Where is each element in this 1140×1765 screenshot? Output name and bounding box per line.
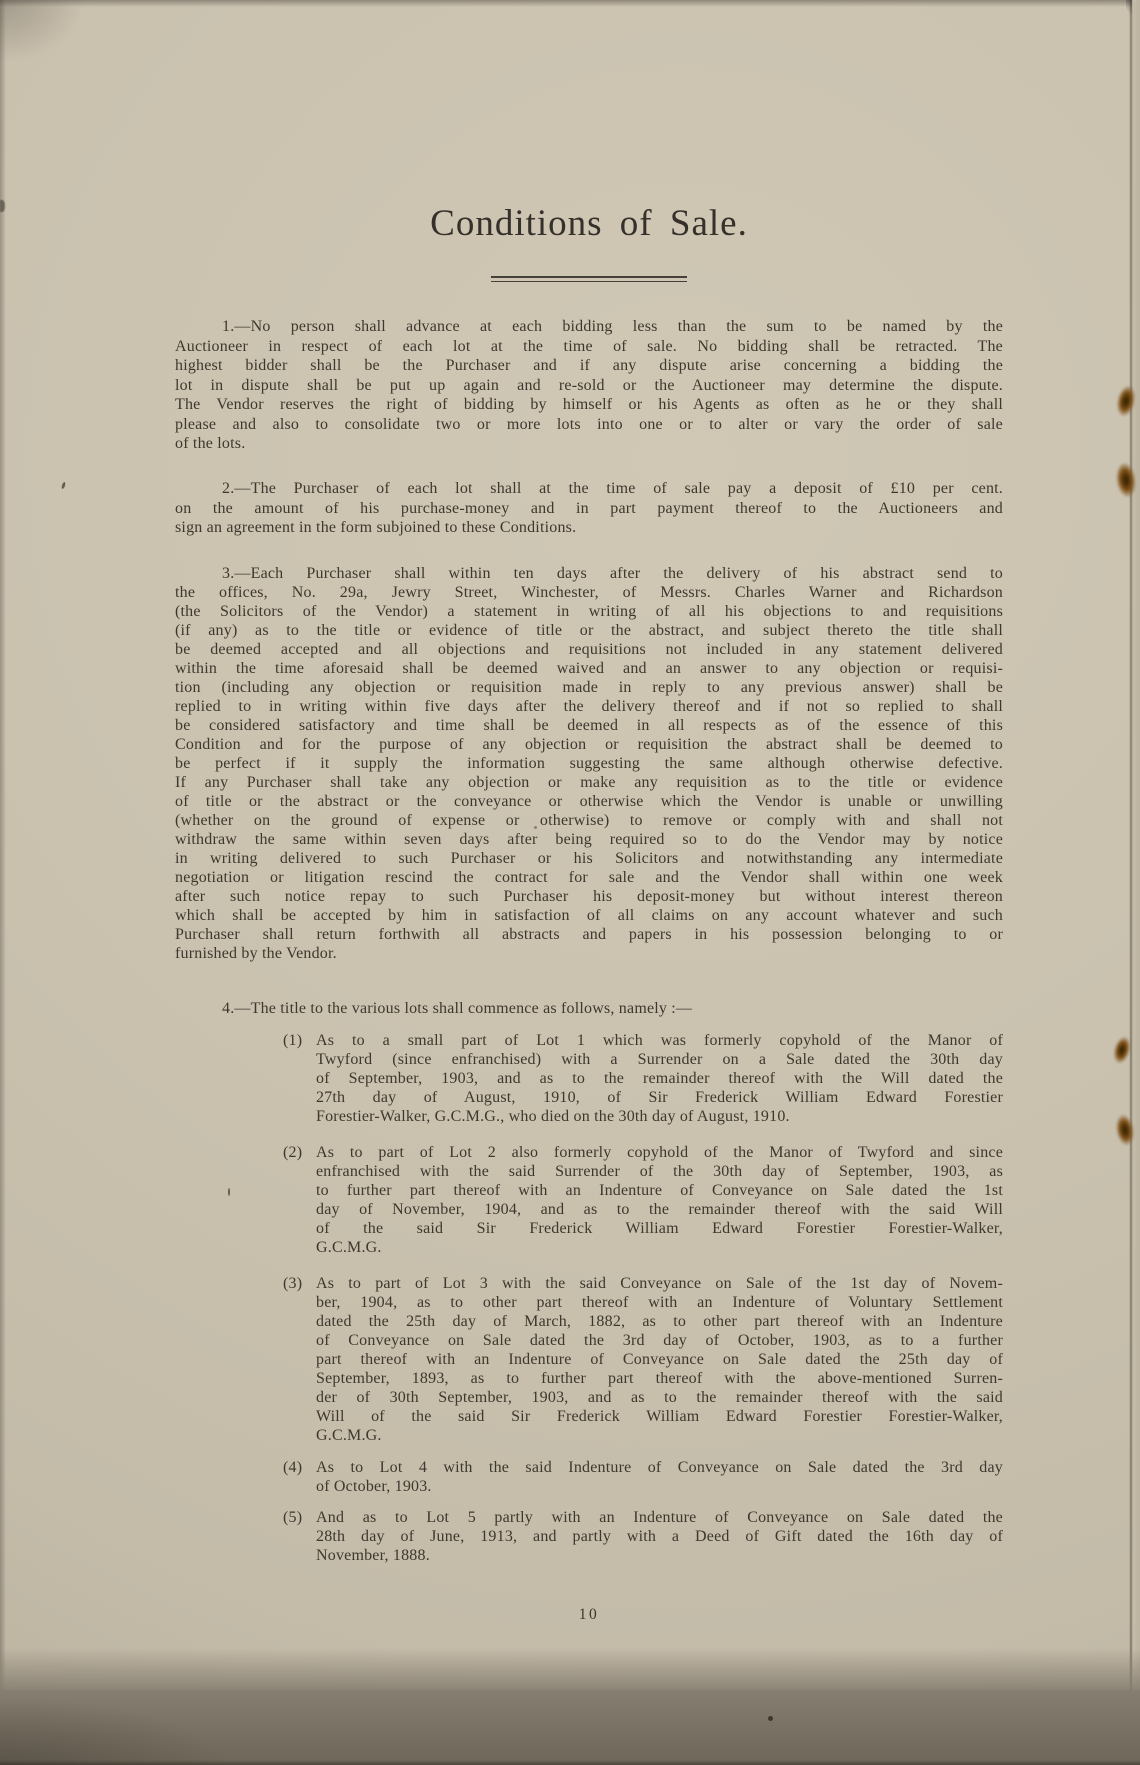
text-line: Twyford (since enfranchised) with a Surr… (316, 1050, 1003, 1069)
text-line: withdraw the same within seven days afte… (175, 830, 1003, 849)
page-content: Conditions of Sale. 1.—No person shall a… (175, 0, 1003, 1765)
clause-4-heading: 4.—The title to the various lots shall c… (175, 999, 1003, 1018)
text-line: November, 1888. (316, 1546, 1003, 1565)
text-line: after such notice repay to such Purchase… (175, 887, 1003, 906)
text-line: to further part thereof with an Indentur… (316, 1181, 1003, 1200)
text-line: be perfect if it supply the information … (175, 754, 1003, 773)
text-line: be deemed accepted and all objections an… (175, 640, 1003, 659)
text-line: on the amount of his purchase-money and … (175, 499, 1003, 519)
text-line: 28th day of June, 1913, and partly with … (316, 1527, 1003, 1546)
text-line: lot in dispute shall be put up again and… (175, 376, 1003, 396)
text-line: sign an agreement in the form subjoined … (175, 518, 1003, 538)
clause-3-paragraph: 3.—Each Purchaser shall within ten days … (175, 564, 1003, 963)
item-marker: (4) (283, 1458, 313, 1477)
text-line: tion (including any objection or requisi… (175, 678, 1003, 697)
item-marker: (2) (283, 1143, 313, 1162)
text-line: 3.—Each Purchaser shall within ten days … (175, 564, 1003, 583)
item-text: As to part of Lot 2 also formerly copyho… (316, 1143, 1003, 1257)
text-line: highest bidder shall be the Purchaser an… (175, 356, 1003, 376)
left-edge-shadow (0, 0, 6, 1765)
item-marker: (3) (283, 1274, 313, 1293)
text-line: 2.—The Purchaser of each lot shall at th… (175, 479, 1003, 499)
clause-2-paragraph: 2.—The Purchaser of each lot shall at th… (175, 479, 1003, 538)
text-line: Forestier-Walker, G.C.M.G., who died on … (316, 1107, 1003, 1126)
text-line: Auctioneer in respect of each lot at the… (175, 337, 1003, 357)
text-line: (if any) as to the title or evidence of … (175, 621, 1003, 640)
item-marker: (1) (283, 1031, 313, 1050)
text-line: day of November, 1904, and as to the rem… (316, 1200, 1003, 1219)
text-line: ber, 1904, as to other part thereof with… (316, 1293, 1003, 1312)
text-line: G.C.M.G. (316, 1426, 1003, 1445)
text-line: replied to in writing within five days a… (175, 697, 1003, 716)
text-line: of the said Sir Frederick William Edward… (316, 1219, 1003, 1238)
item-text: As to Lot 4 with the said Indenture of C… (316, 1458, 1003, 1496)
underlying-page-edge (1132, 0, 1140, 1700)
clause-1-paragraph: 1.—No person shall advance at each biddi… (175, 317, 1003, 454)
text-line: negotiation or litigation rescind the co… (175, 868, 1003, 887)
edge-nick (0, 200, 5, 212)
text-line: the offices, No. 29a, Jewry Street, Winc… (175, 583, 1003, 602)
text-line: If any Purchaser shall take any objectio… (175, 773, 1003, 792)
scanned-page: Conditions of Sale. 1.—No person shall a… (0, 0, 1140, 1765)
text-line: in writing delivered to such Purchaser o… (175, 849, 1003, 868)
text-line: of Conveyance on Sale dated the 3rd day … (316, 1331, 1003, 1350)
page-title: Conditions of Sale. (175, 204, 1003, 244)
text-line: G.C.M.G. (316, 1238, 1003, 1257)
text-line: of October, 1903. (316, 1477, 1003, 1496)
text-line: be considered satisfactory and time shal… (175, 716, 1003, 735)
item-marker: (5) (283, 1508, 313, 1527)
text-line: The Vendor reserves the right of bidding… (175, 395, 1003, 415)
text-line: As to part of Lot 3 with the said Convey… (316, 1274, 1003, 1293)
item-text: As to a small part of Lot 1 which was fo… (316, 1031, 1003, 1126)
text-line: der of 30th September, 1903, and as to t… (316, 1388, 1003, 1407)
text-line: And as to Lot 5 partly with an Indenture… (316, 1508, 1003, 1527)
text-line: of September, 1903, and as to the remain… (316, 1069, 1003, 1088)
text-line: 27th day of August, 1910, of Sir Frederi… (316, 1088, 1003, 1107)
text-line: September, 1893, as to further part ther… (316, 1369, 1003, 1388)
title-double-rule (491, 276, 687, 282)
text-line: please and also to consolidate two or mo… (175, 415, 1003, 435)
text-line: Condition and for the purpose of any obj… (175, 735, 1003, 754)
text-line: of the lots. (175, 434, 1003, 454)
text-line: dated the 25th day of March, 1882, as to… (316, 1312, 1003, 1331)
text-line: within the time aforesaid shall be deeme… (175, 659, 1003, 678)
page-edge-line (1130, 0, 1132, 1700)
text-line: As to part of Lot 2 also formerly copyho… (316, 1143, 1003, 1162)
text-line: furnished by the Vendor. (175, 944, 1003, 963)
item-text: And as to Lot 5 partly with an Indenture… (316, 1508, 1003, 1565)
text-line: enfranchised with the said Surrender of … (316, 1162, 1003, 1181)
text-line: part thereof with an Indenture of Convey… (316, 1350, 1003, 1369)
text-line: Will of the said Sir Frederick William E… (316, 1407, 1003, 1426)
text-line: (whether on the ground of expense or oth… (175, 811, 1003, 830)
text-line: 1.—No person shall advance at each biddi… (175, 317, 1003, 337)
text-line: 4.—The title to the various lots shall c… (175, 999, 1003, 1018)
text-line: of title or the abstract or the conveyan… (175, 792, 1003, 811)
text-line: As to a small part of Lot 1 which was fo… (316, 1031, 1003, 1050)
item-text: As to part of Lot 3 with the said Convey… (316, 1274, 1003, 1445)
text-line: (the Solicitors of the Vendor) a stateme… (175, 602, 1003, 621)
page-number: 10 (175, 1606, 1003, 1624)
text-line: As to Lot 4 with the said Indenture of C… (316, 1458, 1003, 1477)
text-line: which shall be accepted by him in satisf… (175, 906, 1003, 925)
text-line: Purchaser shall return forthwith all abs… (175, 925, 1003, 944)
